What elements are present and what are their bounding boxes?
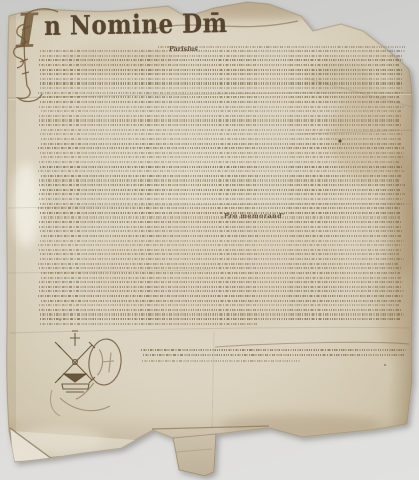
archival-photo: I n Nomine Dm̄ Parisius Pro memorand': [0, 0, 419, 480]
parchment-sheet: [0, 0, 419, 480]
